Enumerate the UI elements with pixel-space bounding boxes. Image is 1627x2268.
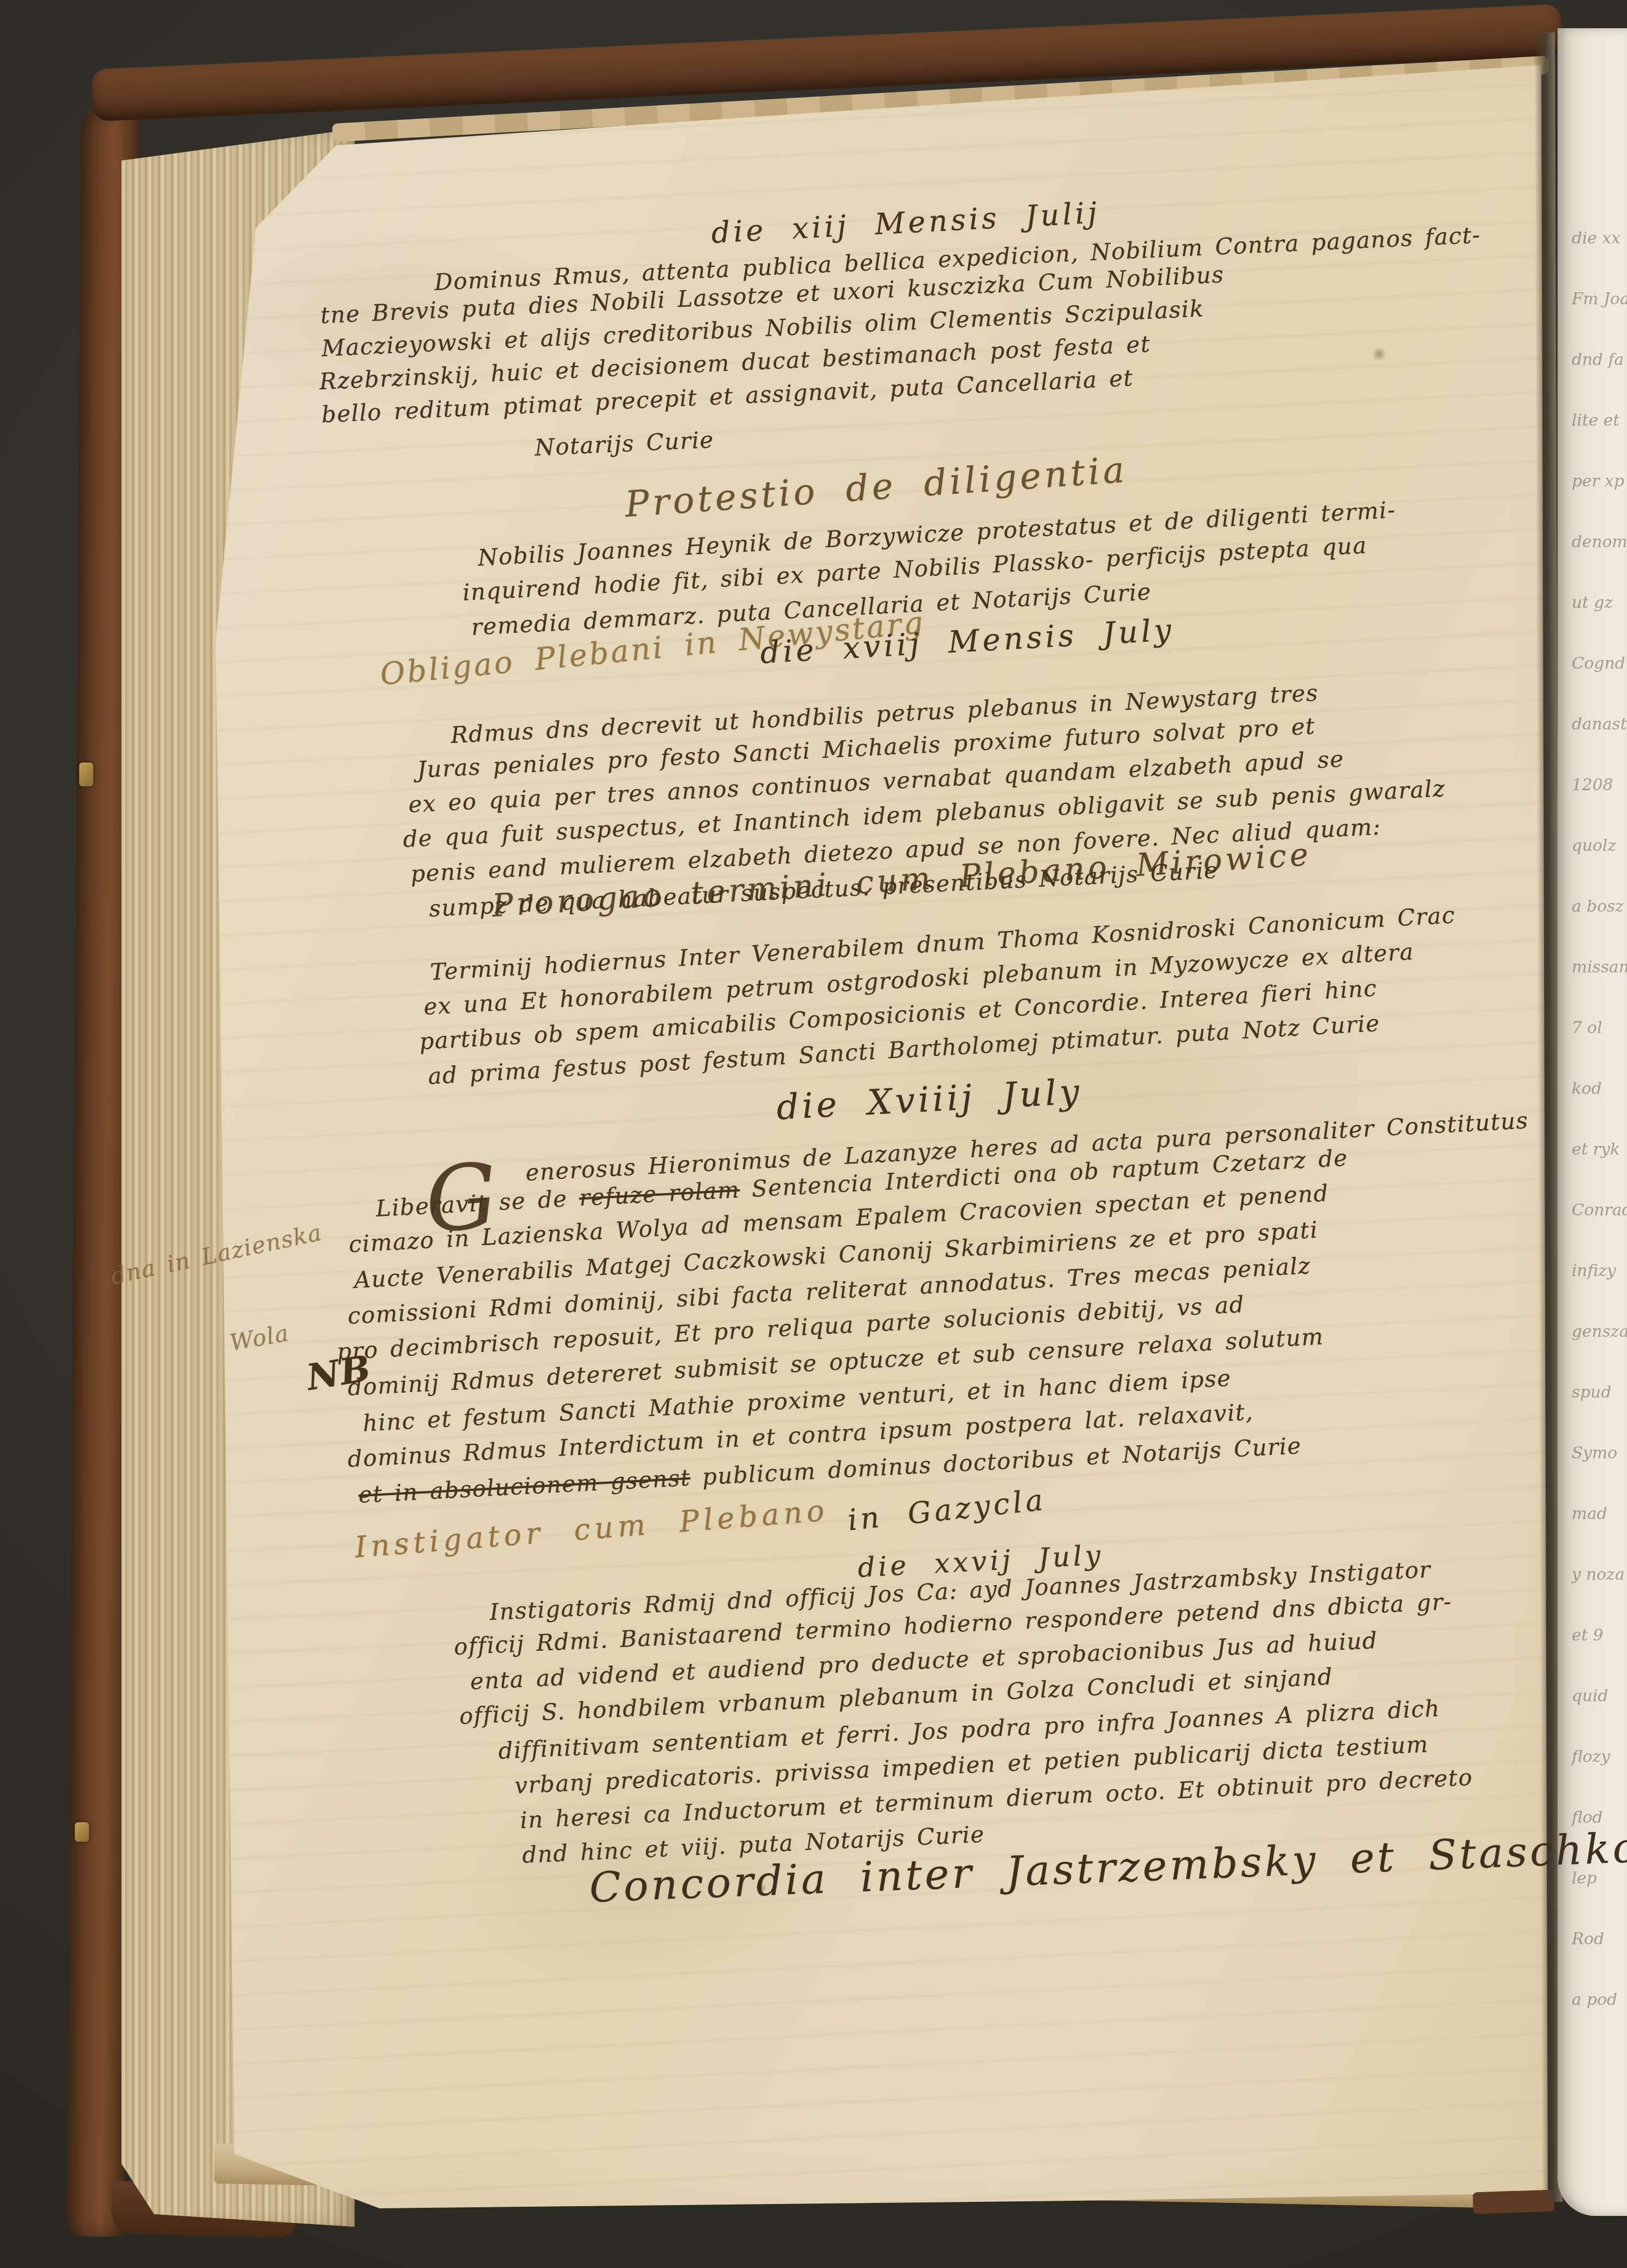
illuminated-initial-G: G bbox=[422, 1144, 501, 1253]
facing-page-text-fragment: missam bbox=[1572, 958, 1627, 977]
facing-page-text-fragment: et ryk bbox=[1572, 1140, 1620, 1159]
facing-page-text-fragment: kod bbox=[1572, 1079, 1602, 1098]
facing-page-text-fragment: 1208 bbox=[1572, 776, 1613, 795]
facing-page-text-fragment: 7 ol bbox=[1572, 1018, 1602, 1037]
photo-of-manuscript: { "ink": {"dark": "#46331f", "sepia": "#… bbox=[0, 0, 1627, 2268]
brass-clasp bbox=[75, 1822, 89, 1842]
facing-page-text-fragment: die xx bbox=[1572, 229, 1620, 248]
facing-page-text-fragment: dnd fa bbox=[1572, 350, 1624, 369]
facing-page-text-fragment: Rod bbox=[1572, 1930, 1604, 1949]
facing-page-text-fragment: et 9 bbox=[1572, 1626, 1603, 1645]
facing-page-text-fragment: a pod bbox=[1572, 1990, 1617, 2009]
facing-page-text-fragment: lite et bbox=[1572, 411, 1619, 430]
facing-page-text-fragment: a bosz bbox=[1572, 897, 1624, 916]
facing-page-text-fragment: denomi bbox=[1572, 533, 1627, 552]
facing-page-text-fragment: gensza bbox=[1572, 1322, 1627, 1341]
facing-page-sliver: die xxFm Joadnd falite etper xpdenomiut … bbox=[1558, 28, 1627, 2216]
ink-stain bbox=[1372, 347, 1386, 361]
brass-clasp bbox=[79, 763, 93, 786]
facing-page-text-fragment: danastij bbox=[1572, 715, 1627, 734]
facing-page-text-fragment: ut gz bbox=[1572, 593, 1613, 612]
facing-page-text-fragment: quolz bbox=[1572, 836, 1616, 855]
facing-page-text-fragment: y noza bbox=[1572, 1565, 1625, 1584]
facing-page-text-fragment: mad bbox=[1572, 1504, 1607, 1523]
facing-page-text-fragment: quid bbox=[1572, 1687, 1608, 1706]
facing-page-text-fragment: Cognd bbox=[1572, 654, 1625, 673]
facing-page-text-fragment: per xp bbox=[1572, 472, 1624, 491]
facing-page-text-fragment: spud bbox=[1572, 1383, 1611, 1402]
ink-stain bbox=[1421, 1773, 1432, 1784]
facing-page-text-fragment: flozy bbox=[1572, 1747, 1610, 1766]
facing-page-text-fragment: infizy bbox=[1572, 1261, 1616, 1280]
facing-page-text-fragment: Fm Joa bbox=[1572, 290, 1627, 309]
facing-page-text-fragment: Conradi bbox=[1572, 1201, 1627, 1220]
facing-page-text-fragment: Symo bbox=[1572, 1444, 1617, 1463]
